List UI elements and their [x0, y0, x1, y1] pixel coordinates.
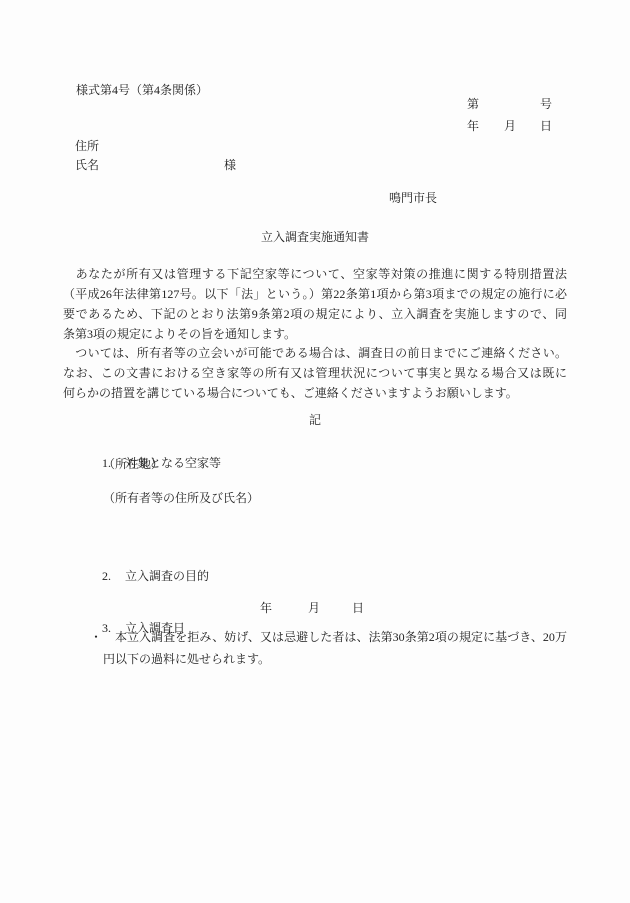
list-item-2-number: 2.: [102, 566, 125, 586]
list-item-2-label: 立入調査の目的: [125, 569, 209, 583]
name-label: 氏名: [75, 155, 99, 175]
honorific-label: 様: [224, 155, 236, 175]
note-bullet: ・: [90, 627, 102, 647]
text-line: なお、この文書における空き家等の所有又は管理状況について事実と異なる場合又は既に: [63, 363, 567, 383]
text-line: ついては、所有者等の立会いが可能である場合は、調査日の前日までにご連絡ください。: [63, 343, 567, 363]
note-text-line-2: 円以下の過料に処せられます。: [103, 649, 270, 669]
date-day-label: 日: [540, 116, 552, 136]
form-number: 様式第4号（第4条関係）: [76, 80, 208, 100]
address-label: 住所: [75, 136, 99, 156]
inspection-date-month-label: 月: [308, 598, 320, 618]
body-paragraph-1: あなたが所有又は管理する下記空家等について、空家等対策の推進に関する特別措置法（…: [63, 264, 567, 344]
list-item-2: 2.立入調査の目的: [90, 546, 209, 606]
note-text-line-1: 本立入調査を拒み、妨げ、又は忌避した者は、法第30条第2項の規定に基づき、20万: [115, 627, 567, 647]
date-month-label: 月: [504, 116, 516, 136]
text-line: 何らかの措置を講じている場合についても、ご連絡くださいますようお願いします。: [63, 383, 567, 403]
sender-name: 鳴門市長: [389, 188, 437, 208]
text-line: 条第3項の規定によりその旨を通知します。: [63, 324, 567, 344]
list-item-1-sub-owner: （所有者等の住所及び氏名）: [103, 488, 259, 508]
text-line: （平成26年法律第127号。以下「法」という。）第22条第1項から第3項までの規…: [63, 284, 567, 304]
document-title: 立入調査実施通知書: [0, 227, 630, 247]
list-item-1-sub-location: （所在地）: [103, 454, 163, 474]
date-year-label: 年: [467, 116, 479, 136]
doc-number-prefix: 第: [467, 94, 479, 114]
inspection-date-day-label: 日: [352, 598, 364, 618]
list-heading: 記: [0, 410, 630, 430]
doc-number-suffix: 号: [540, 94, 552, 114]
text-line: あなたが所有又は管理する下記空家等について、空家等対策の推進に関する特別措置法: [63, 264, 567, 284]
document-page: 様式第4号（第4条関係） 第 号 年 月 日 住所 氏名 様 鳴門市長 立入調査…: [0, 0, 630, 903]
body-paragraph-2: ついては、所有者等の立会いが可能である場合は、調査日の前日までにご連絡ください。…: [63, 343, 567, 403]
text-line: 要であるため、下記のとおり法第9条第2項の規定により、立入調査を実施しますので、…: [63, 304, 567, 324]
inspection-date-year-label: 年: [260, 598, 272, 618]
